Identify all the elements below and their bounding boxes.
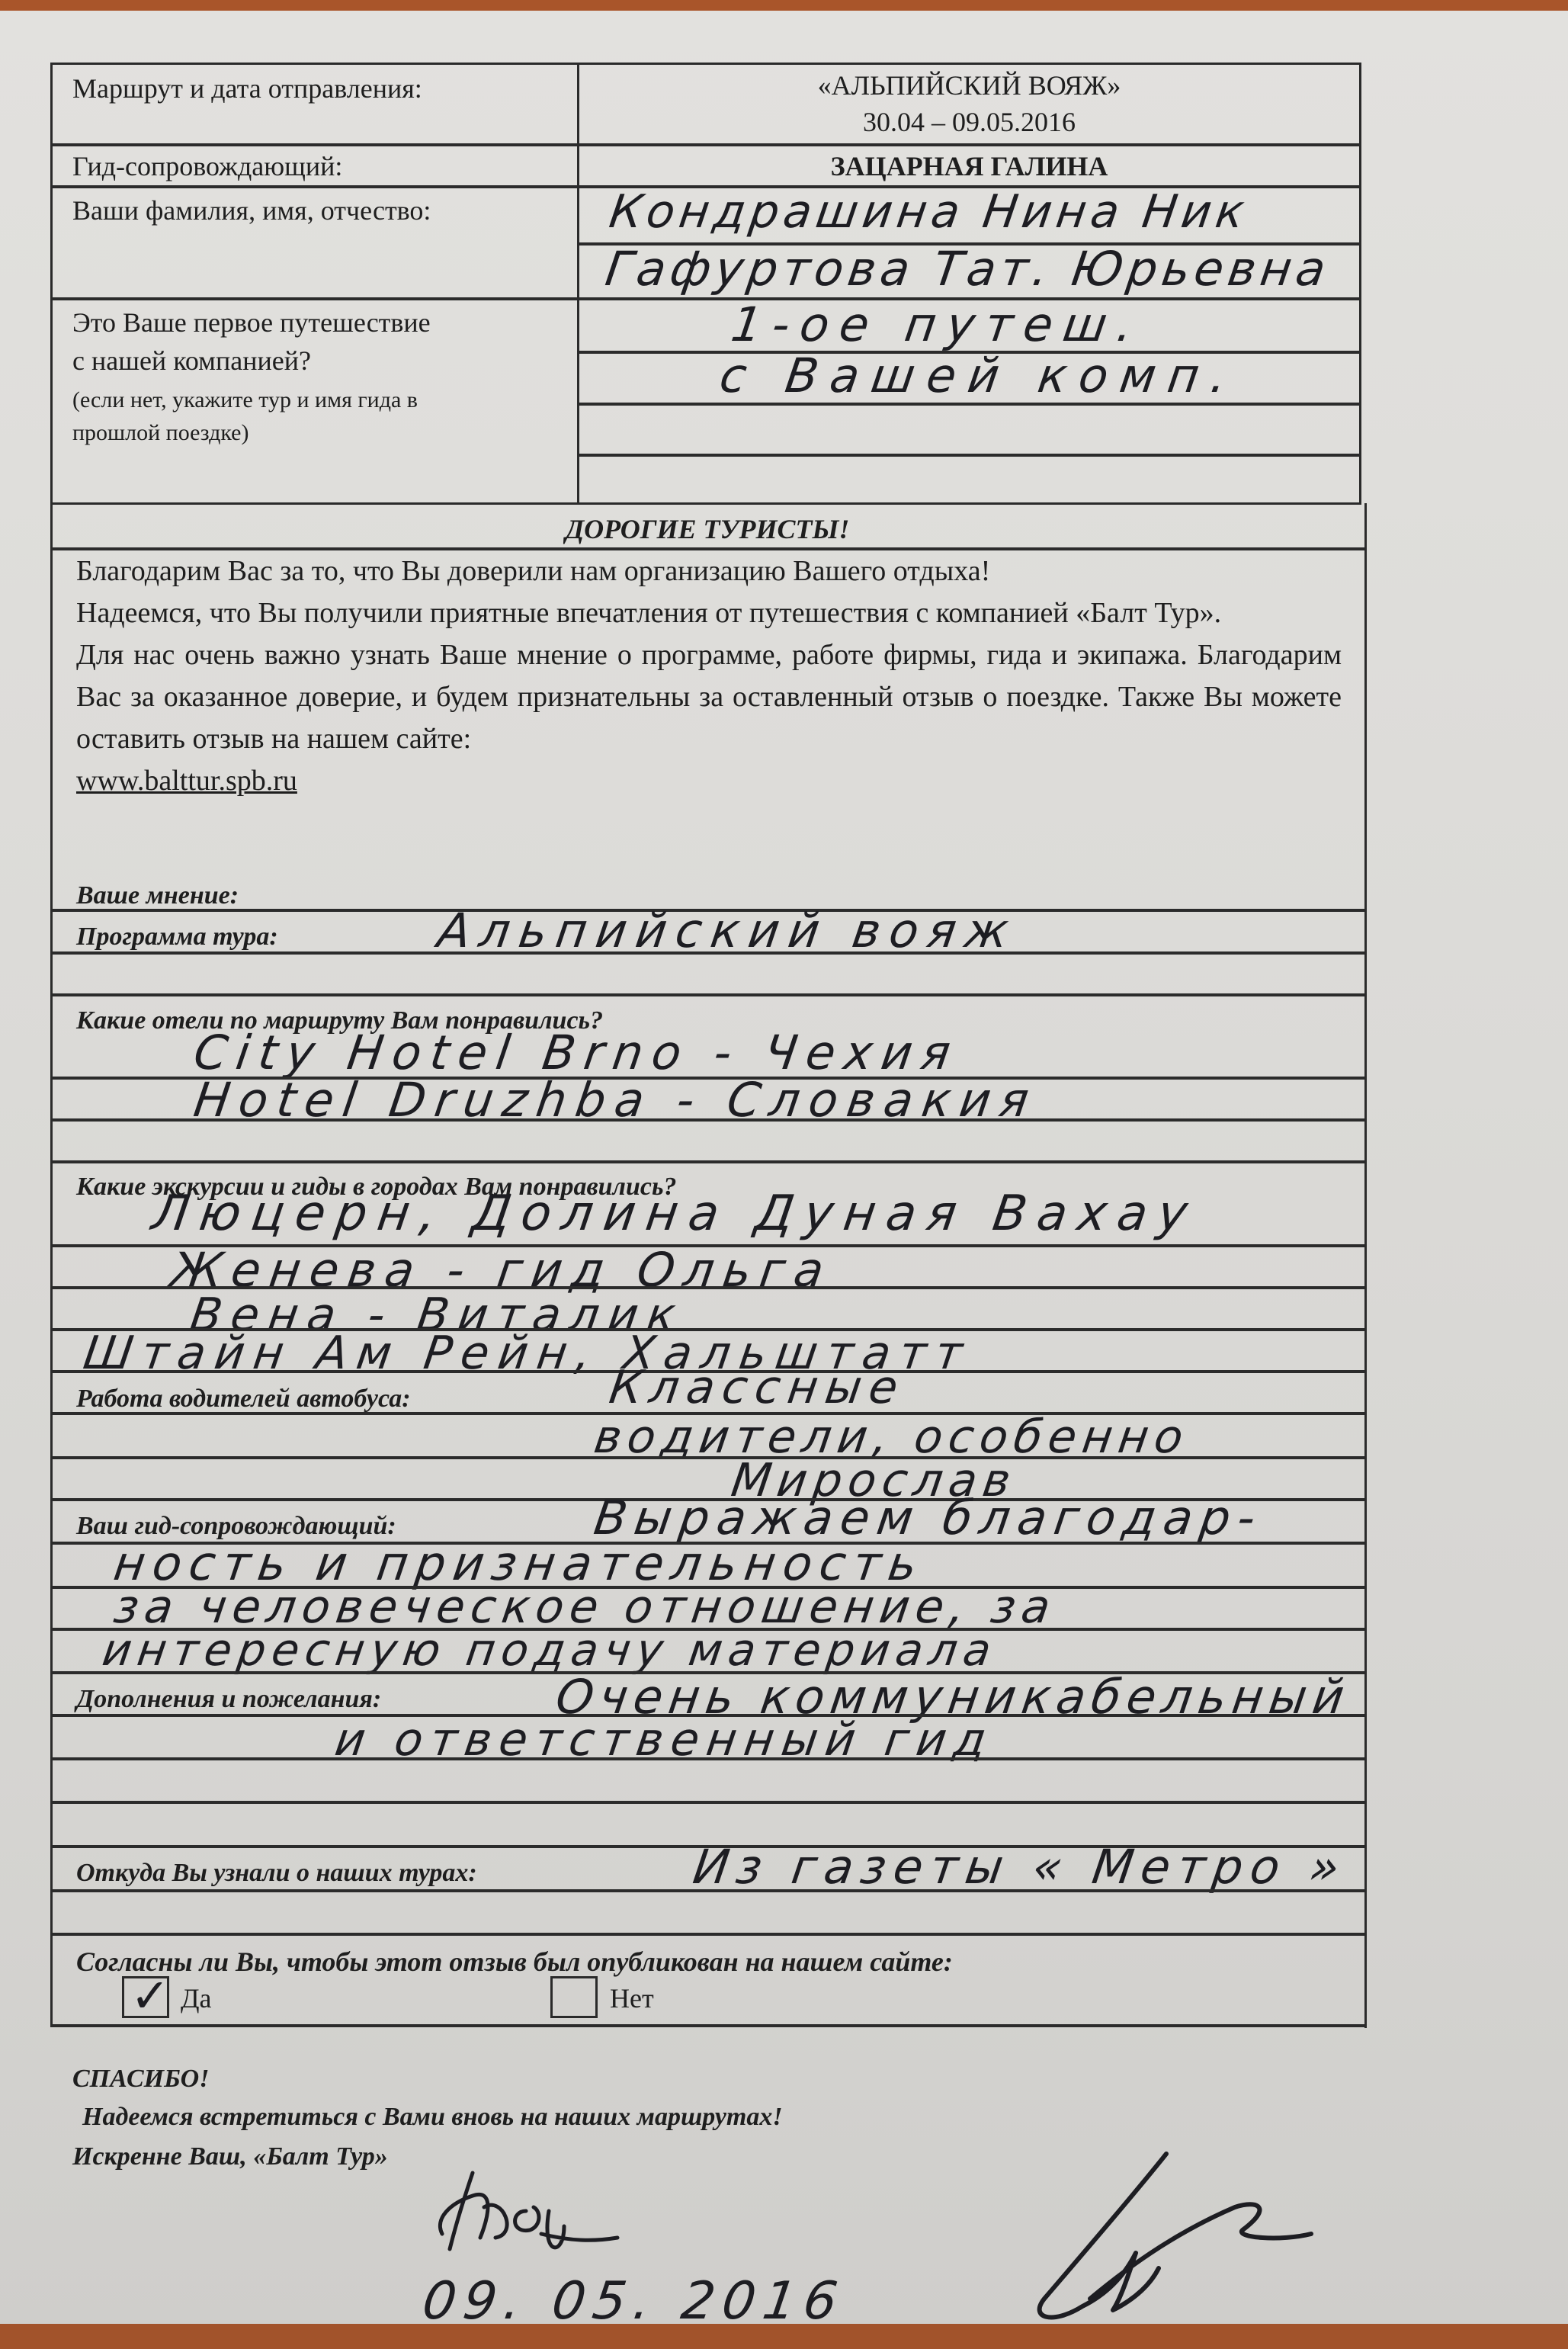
- form-bottom-border: [50, 2024, 1364, 2027]
- handwritten-date: 09. 05. 2016: [419, 2276, 848, 2328]
- check-mark-icon: ✓: [130, 1968, 170, 2023]
- consent-yes-checkbox[interactable]: ✓: [122, 1976, 169, 2018]
- guide-feedback-handwritten-line-1[interactable]: Выражаем благодар-: [592, 1494, 1266, 1542]
- drivers-handwritten-line-2[interactable]: водители, особенно: [592, 1414, 1192, 1460]
- guide-signature-icon: [427, 2165, 808, 2264]
- excursions-handwritten-line-1[interactable]: Люцерн, Долина Дуная Вахау: [149, 1189, 1201, 1238]
- row-divider: [50, 1160, 1364, 1163]
- row-divider: [50, 1801, 1364, 1804]
- tourist-signature-icon: [938, 2146, 1364, 2337]
- intro-heading: ДОРОГИЕ ТУРИСТЫ!: [50, 515, 1364, 543]
- first-trip-hint-2: прошлой поездке): [72, 422, 249, 444]
- first-trip-handwritten-line-2[interactable]: с Вашей комп.: [717, 352, 1242, 400]
- program-handwritten[interactable]: Альпийский вояж: [435, 907, 1021, 955]
- fio-handwritten-line-1[interactable]: Кондрашина Нина Ник: [607, 189, 1252, 235]
- fio-handwritten-line-2[interactable]: Гафуртова Тат. Юрьевна: [603, 245, 1333, 293]
- consent-no-label: Нет: [610, 1985, 654, 2012]
- first-trip-label: Это Ваше первое путешествие: [72, 309, 431, 336]
- route-dates: 30.04 – 09.05.2016: [577, 108, 1361, 136]
- row-divider: [50, 143, 1361, 146]
- row-divider: [50, 1757, 1364, 1760]
- intro-paragraph-2: Надеемся, что Вы получили приятные впеча…: [76, 592, 1342, 634]
- intro-text: Благодарим Вас за то, что Вы доверили на…: [76, 550, 1342, 802]
- consent-label: Согласны ли Вы, чтобы этот отзыв был опу…: [76, 1948, 953, 1975]
- first-trip-hint: (если нет, укажите тур и имя гида в: [72, 389, 418, 412]
- route-name: «АЛЬПИЙСКИЙ ВОЯЖ»: [577, 72, 1361, 99]
- route-label: Маршрут и дата отправления:: [72, 75, 422, 102]
- row-divider: [50, 993, 1364, 996]
- row-divider: [50, 951, 1364, 955]
- opinion-label: Ваше мнение:: [76, 883, 239, 909]
- intro-paragraph-3: Для нас очень важно узнать Ваше мнение о…: [76, 634, 1342, 760]
- source-handwritten[interactable]: Из газеты « Метро »: [691, 1844, 1350, 1891]
- row-divider: [577, 454, 1361, 457]
- guide-feedback-handwritten-line-4[interactable]: интересную подачу материала: [100, 1628, 1000, 1672]
- website-link[interactable]: www.balttur.spb.ru: [76, 765, 297, 797]
- program-label: Программа тура:: [76, 924, 278, 950]
- consent-yes-label: Да: [181, 1985, 212, 2012]
- additions-label: Дополнения и пожелания:: [76, 1686, 381, 1712]
- guide-label: Гид-сопровождающий:: [72, 152, 342, 180]
- row-divider: [50, 1889, 1364, 1892]
- drivers-handwritten-line-1[interactable]: Классные: [607, 1365, 909, 1410]
- first-trip-handwritten-line-1[interactable]: 1-ое путеш.: [729, 301, 1146, 348]
- body-left-border: [50, 503, 53, 2024]
- row-divider: [50, 1456, 1364, 1459]
- consent-no-checkbox[interactable]: [550, 1976, 598, 2018]
- closing-thanks: СПАСИБО!: [72, 2066, 209, 2092]
- intro-paragraph-1: Благодарим Вас за то, что Вы доверили на…: [76, 550, 1342, 592]
- source-label: Откуда Вы узнали о наших турах:: [76, 1860, 477, 1886]
- hotels-handwritten-line-1[interactable]: City Hotel Brno - Чехия: [191, 1029, 963, 1077]
- guide-feedback-handwritten-line-3[interactable]: за человеческое отношение, за: [111, 1584, 1060, 1630]
- hotels-handwritten-line-2[interactable]: Hotel Druzhba - Словакия: [191, 1077, 1041, 1124]
- guide-name: ЗАЦАРНАЯ ГАЛИНА: [577, 152, 1361, 180]
- closing-sincerely: Искренне Ваш, «Балт Тур»: [72, 2144, 388, 2170]
- body-right-border: [1364, 503, 1367, 2028]
- additions-handwritten-line-2[interactable]: и ответственный гид: [332, 1717, 997, 1763]
- first-trip-label-2: с нашей компанией?: [72, 347, 311, 374]
- drivers-label: Работа водителей автобуса:: [76, 1386, 411, 1412]
- closing-hope: Надеемся встретиться с Вами вновь на наш…: [82, 2104, 783, 2130]
- row-divider: [50, 1933, 1364, 1936]
- fio-label: Ваши фамилия, имя, отчество:: [72, 197, 431, 224]
- row-divider: [50, 297, 1361, 300]
- row-divider: [50, 1118, 1364, 1122]
